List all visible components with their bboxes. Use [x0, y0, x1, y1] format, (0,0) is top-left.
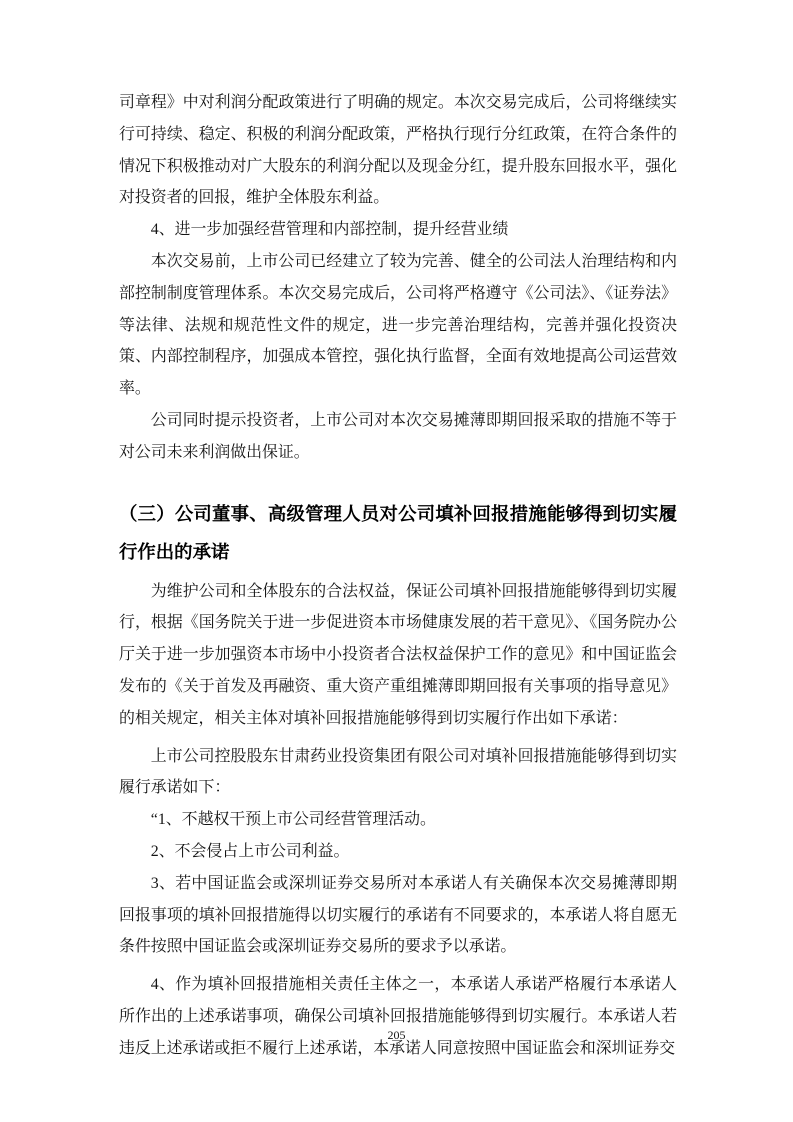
- document-page: 司章程》中对利润分配政策进行了明确的规定。本次交易完成后，公司将继续实行可持续、…: [0, 0, 793, 1122]
- paragraph-commitment-basis: 为维护公司和全体股东的合法权益，保证公司填补回报措施能够得到切实履行，根据《国务…: [119, 576, 677, 735]
- paragraph-controlling-shareholder-commitment: 上市公司控股股东甘肃药业投资集团有限公司对填补回报措施能够得到切实履行承诺如下：: [119, 741, 677, 805]
- commitment-item-2: 2、不会侵占上市公司利益。: [119, 836, 677, 868]
- page-number: 205: [0, 1027, 793, 1043]
- subheading-item-4-management-control: 4、进一步加强经营管理和内部控制，提升经营业绩: [119, 214, 677, 246]
- paragraph-governance-structure: 本次交易前，上市公司已经建立了较为完善、健全的公司法人治理结构和内部控制制度管理…: [119, 246, 677, 405]
- paragraph-profit-distribution-continuation: 司章程》中对利润分配政策进行了明确的规定。本次交易完成后，公司将继续实行可持续、…: [119, 87, 677, 214]
- section-heading-three-commitments: （三）公司董事、高级管理人员对公司填补回报措施能够得到切实履行作出的承诺: [119, 495, 677, 572]
- commitment-item-3: 3、若中国证监会或深圳证券交易所对本承诺人有关确保本次交易摊薄即期回报事项的填补…: [119, 868, 677, 963]
- commitment-item-4: 4、作为填补回报措施相关责任主体之一，本承诺人承诺严格履行本承诺人所作出的上述承…: [119, 969, 677, 1064]
- commitment-item-1: “1、不越权干预上市公司经营管理活动。: [119, 804, 677, 836]
- page-content: 司章程》中对利润分配政策进行了明确的规定。本次交易完成后，公司将继续实行可持续、…: [119, 87, 677, 1065]
- paragraph-investor-notice: 公司同时提示投资者，上市公司对本次交易摊薄即期回报采取的措施不等于对公司未来利润…: [119, 405, 677, 469]
